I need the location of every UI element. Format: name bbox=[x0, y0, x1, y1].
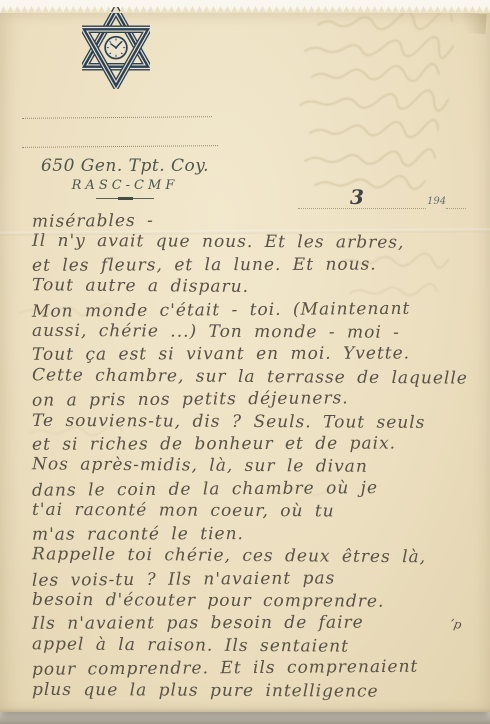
letter-line: plus que la plus pure intelligence bbox=[32, 678, 484, 703]
letter-line: Rappelle toi chérie, ces deux êtres là, bbox=[32, 543, 484, 569]
star-of-david-clock-icon bbox=[82, 7, 150, 89]
letter-line: Te souviens-tu, dis ? Seuls. Tout seuls bbox=[32, 409, 484, 434]
scanned-letter: 650 Gen. Tpt. Coy. RASC-CMF 3 194 miséra… bbox=[0, 0, 490, 724]
letter-line: aussi, chérie ...) Ton monde - moi - bbox=[32, 320, 484, 345]
letter-line: m'as raconté le tien. bbox=[32, 522, 484, 546]
letter-line: Ils n'avaient pas besoin de faire bbox=[32, 612, 484, 636]
letter-line: et les fleurs, et la lune. Et nous. bbox=[32, 253, 484, 277]
letter-line: on a pris nos petits déjeuners. bbox=[32, 386, 484, 412]
page-number: 3 bbox=[350, 185, 364, 209]
corner-fold bbox=[451, 12, 486, 34]
scan-shadow bbox=[0, 708, 490, 724]
letter-line: les vois-tu ? Ils n'avaient pas bbox=[32, 566, 484, 592]
letter-body: misérables - Il n'y avait que nous. Et l… bbox=[32, 209, 484, 702]
letterhead: 650 Gen. Tpt. Coy. RASC-CMF bbox=[40, 156, 210, 199]
stray-ink-mark: p bbox=[449, 616, 463, 632]
letterhead-unit: 650 Gen. Tpt. Coy. bbox=[40, 156, 210, 176]
letter-line: dans le coin de la chambre où je bbox=[32, 476, 484, 502]
letter-line: Mon monde c'était - toi. (Maintenant bbox=[32, 297, 484, 323]
letterhead-divider bbox=[96, 198, 154, 199]
letter-line: besoin d'écouter pour comprendre. bbox=[32, 589, 484, 614]
letter-line: pour comprendre. Et ils comprenaient bbox=[32, 655, 484, 681]
year-prefix: 194 bbox=[427, 196, 446, 207]
letter-line: et si riches de bonheur et de paix. bbox=[32, 432, 484, 456]
letter-line: t'ai raconté mon coeur, où tu bbox=[32, 499, 484, 524]
letterhead-org: RASC-CMF bbox=[40, 178, 210, 193]
torn-edge bbox=[0, 6, 490, 13]
clock-icon bbox=[105, 37, 127, 59]
letter-line: Tout ça est si vivant en moi. Yvette. bbox=[32, 343, 484, 367]
address-dotted-line bbox=[22, 145, 218, 148]
address-dotted-line bbox=[22, 116, 212, 119]
letter-line: Tout autre a disparu. bbox=[32, 274, 484, 300]
letter-paper: 650 Gen. Tpt. Coy. RASC-CMF 3 194 miséra… bbox=[0, 13, 490, 712]
